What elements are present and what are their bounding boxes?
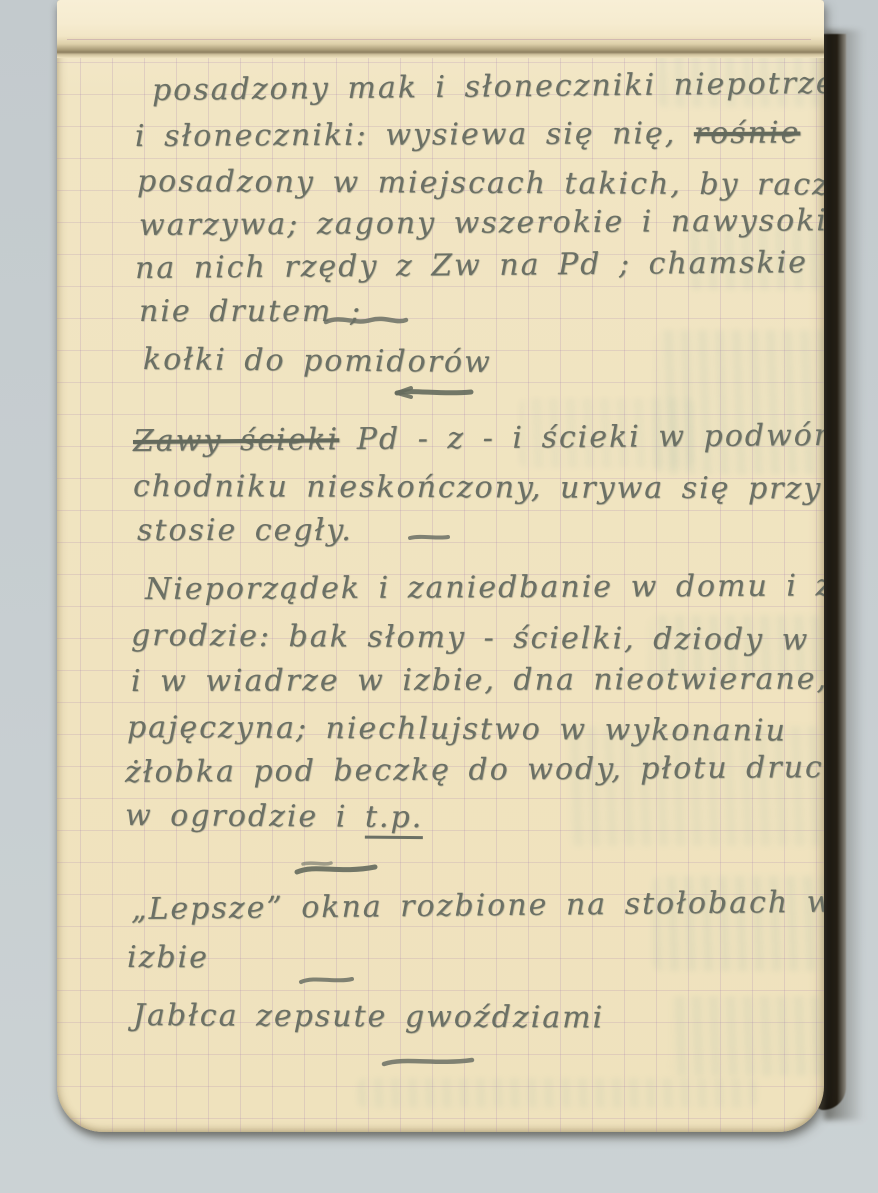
separator-dash	[393, 384, 475, 402]
line-text: posadzony mak i słoneczniki niepotrzebne	[152, 65, 824, 108]
line-text: izbie	[127, 940, 209, 975]
handwritten-line: posadzony mak i słoneczniki niepotrzebne	[152, 66, 824, 108]
handwritten-line: grodzie: bak słomy - ścielki, dziody w d…	[131, 619, 824, 659]
bleed-through-mark	[669, 996, 824, 1076]
notebook-page: posadzony mak i słoneczniki niepotrzebne…	[57, 0, 824, 1132]
handwritten-line: na nich rzędy z Zw na Pd ; chamskie ogro…	[135, 245, 824, 287]
line-text: Jabłca zepsute gwoździami	[133, 998, 604, 1035]
handwritten-line: izbie	[127, 941, 209, 976]
line-text: Pd - z - i ścieki w podwórzu przy	[357, 417, 824, 457]
separator-dash	[323, 312, 409, 332]
handwritten-line: Nieporządek i zaniedbanie w domu i za-	[145, 569, 824, 607]
handwritten-line: chodniku nieskończony, urywa się przy	[133, 470, 822, 507]
underlined-abbreviation: t.p.	[365, 800, 424, 839]
separator-dash	[380, 1052, 476, 1072]
line-text: stosie cegły.	[137, 513, 353, 548]
line-text: warzywa; zagony wszerokie i nawysokie ;	[139, 203, 824, 243]
handwritten-line: pajęczyna; niechlujstwo w wykonaniu	[127, 711, 787, 749]
struck-word: rośnie	[694, 116, 801, 152]
line-text: i słoneczniki: wysiewa się nię,	[135, 116, 676, 154]
separator-dash	[293, 858, 379, 880]
line-text: żłobka pod beczkę do wody, płotu drucian…	[125, 749, 824, 790]
page-top-fold	[57, 0, 824, 58]
line-text: i w wiadrze w izbie, dna nieotwierane,	[131, 662, 824, 699]
bleed-through-mark	[357, 1078, 757, 1108]
line-text: „Lepsze” okna rozbione na stołobach w	[131, 885, 824, 927]
handwritten-line: w ogrodzie i t.p.	[125, 799, 423, 836]
separator-dash	[407, 530, 451, 544]
handwritten-line: Zawy ścieki Pd - z - i ścieki w podwórzu…	[133, 418, 824, 460]
line-text: kołki do pomidorów	[143, 342, 492, 380]
line-text: chodniku nieskończony, urywa się przy	[133, 469, 822, 506]
handwritten-line: posadzony w miejscach takich, by raczej …	[137, 165, 824, 204]
line-text: Nieporządek i zaniedbanie w domu i za-	[145, 568, 824, 607]
scanned-notebook-photo: posadzony mak i słoneczniki niepotrzebne…	[0, 0, 878, 1193]
line-text: w ogrodzie i	[125, 798, 348, 835]
line-text: posadzony w miejscach takich, by raczej …	[137, 164, 824, 203]
separator-dash	[298, 972, 356, 988]
line-text: pajęczyna; niechlujstwo w wykonaniu	[127, 710, 787, 748]
handwritten-line: stosie cegły.	[137, 514, 353, 549]
fold-grid-line	[67, 39, 811, 40]
handwritten-line: Jabłca zepsute gwoździami	[133, 999, 604, 1036]
handwritten-line: i słoneczniki: wysiewa się nię, rośnie	[135, 117, 800, 155]
handwritten-line: i w wiadrze w izbie, dna nieotwierane,	[131, 663, 824, 700]
line-text: na nich rzędy z Zw na Pd ; chamskie ogro…	[135, 244, 824, 286]
handwritten-line: warzywa; zagony wszerokie i nawysokie ;	[139, 204, 824, 244]
handwritten-line: „Lepsze” okna rozbione na stołobach w	[131, 886, 824, 928]
struck-words: Zawy ścieki	[133, 422, 340, 459]
line-text: grodzie: bak słomy - ścielki, dziody w d…	[131, 618, 824, 659]
handwritten-line: żłobka pod beczkę do wody, płotu drucian…	[125, 750, 824, 790]
handwritten-line: kołki do pomidorów	[143, 343, 492, 381]
